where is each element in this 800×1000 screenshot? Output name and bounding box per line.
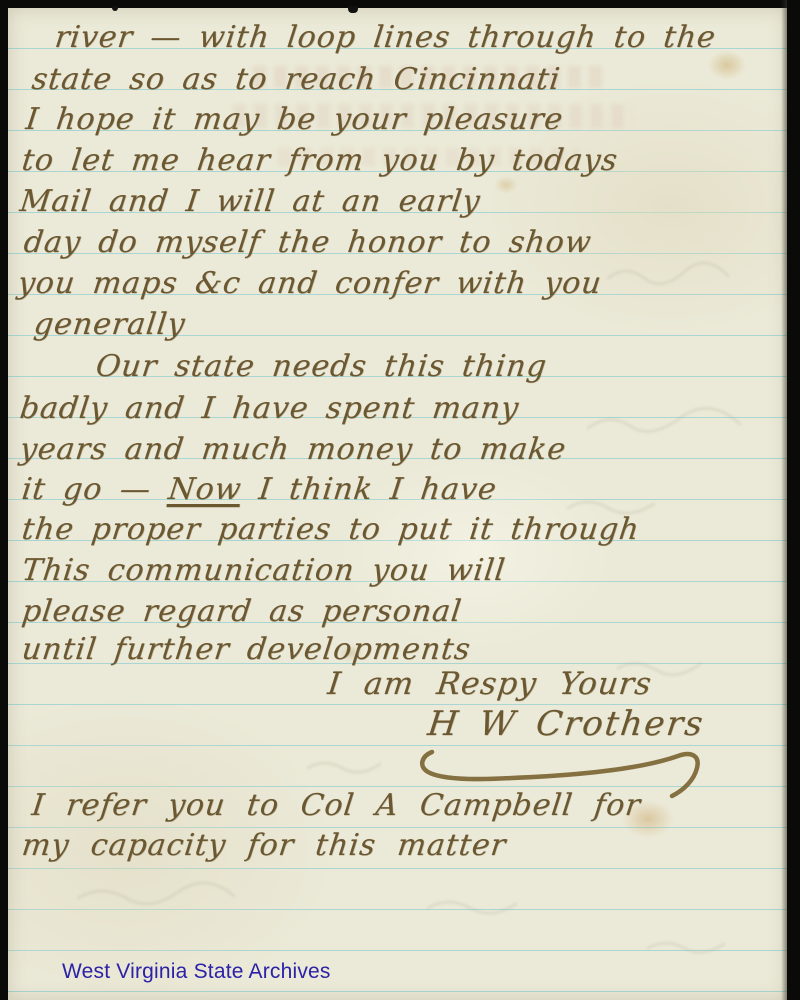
letter-line: please regard as personal xyxy=(20,594,464,629)
letter-line: generally xyxy=(32,307,188,342)
archive-credit: West Virginia State Archives xyxy=(62,960,331,984)
letter-closing: I am Respy Yours xyxy=(326,666,654,702)
letter-line: state so as to reach Cincinnati xyxy=(30,62,563,97)
letter-line: years and much money to make xyxy=(18,432,569,467)
letter-line: river — with loop lines through to the xyxy=(53,20,718,55)
page-edge-shadow xyxy=(781,0,787,1000)
letter-line: day do myself the honor to show xyxy=(22,225,594,260)
letter-line-post: I think I have xyxy=(239,472,499,507)
letter-line: I hope it may be your pleasure xyxy=(24,102,566,137)
letter-line: badly and I have spent many xyxy=(18,391,521,426)
scan-artifact xyxy=(348,6,358,13)
stain xyxy=(494,176,518,194)
letter-line-pre: it go — xyxy=(20,472,171,507)
letter-line: Our state needs this thing xyxy=(94,349,549,384)
letter-page: river — with loop lines through to the s… xyxy=(8,8,787,1000)
letter-line: you maps &c and confer with you xyxy=(16,266,604,301)
letter-line: the proper parties to put it through xyxy=(20,512,642,547)
letter-line-with-underline: it go — Now I think I have xyxy=(20,472,499,507)
letter-line: to let me hear from you by todays xyxy=(20,143,620,178)
scanned-letter-screenshot: river — with loop lines through to the s… xyxy=(0,0,800,1000)
letter-line: This communication you will xyxy=(20,553,508,588)
letter-postscript-line: my capacity for this matter xyxy=(20,828,508,863)
letter-line: Mail and I will at an early xyxy=(18,184,483,219)
letter-line: until further developments xyxy=(20,632,473,667)
letter-signature: H W Crothers xyxy=(426,704,707,744)
letter-postscript-line: I refer you to Col A Campbell for xyxy=(30,788,643,823)
underlined-word: Now xyxy=(166,472,243,507)
